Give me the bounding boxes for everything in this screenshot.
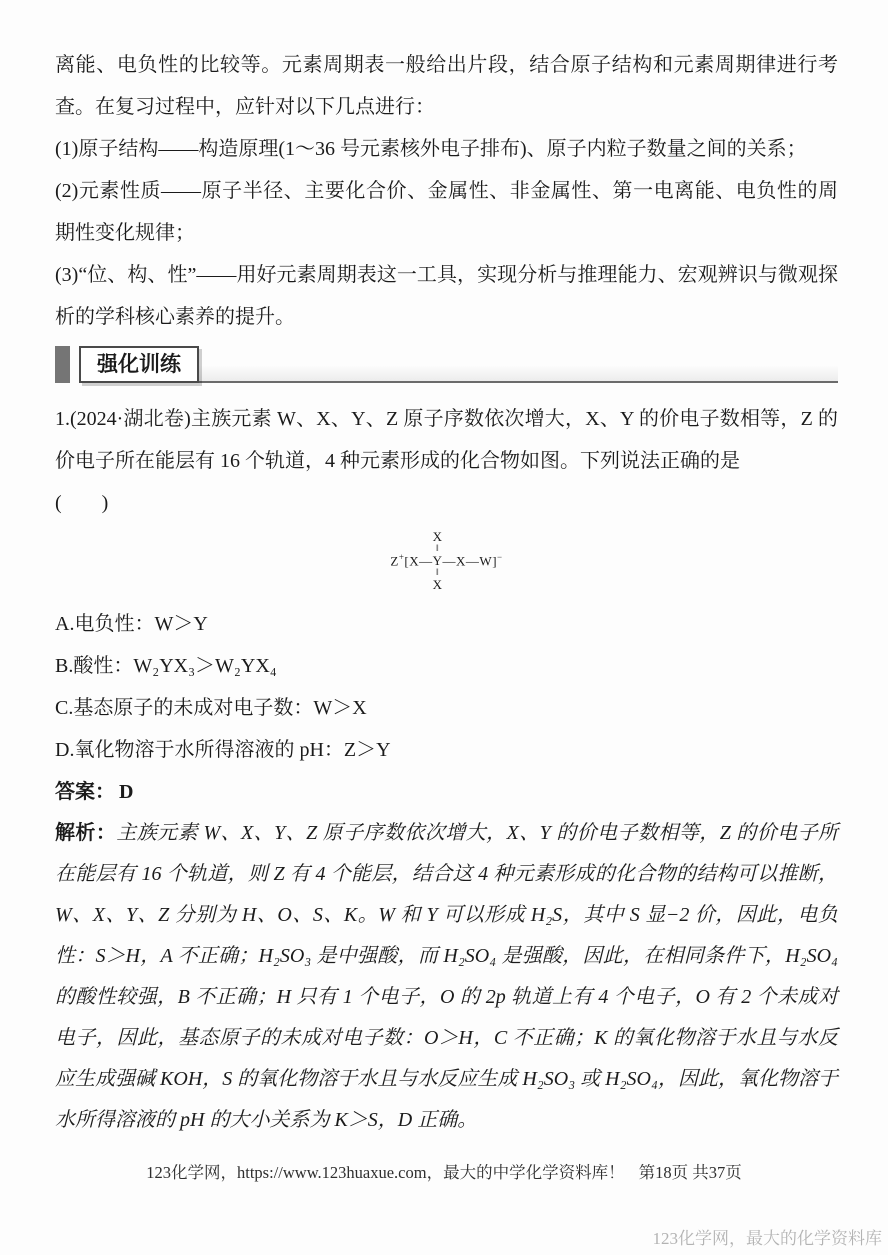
cation-symbol: Z bbox=[390, 554, 398, 569]
answer-label: 答案： bbox=[55, 781, 115, 803]
analysis-label: 解析： bbox=[55, 822, 116, 844]
section-header-rule bbox=[197, 346, 838, 383]
analysis-paragraph: 解析：主族元素 W、X、Y、Z 原子序数依次增大，X、Y 的价电子数相等，Z 的… bbox=[55, 813, 838, 1141]
structure-right-group: —X—W]− bbox=[443, 553, 503, 567]
option-row-d: D.氧化物溶于水所得溶液的 pH：Z＞Y bbox=[55, 729, 838, 771]
review-point-3: (3)“位、构、性”——用好元素周期表这一工具，实现分析与推理能力、宏观辨识与微… bbox=[55, 254, 838, 338]
option-row-a: A.电负性：W＞Y bbox=[55, 603, 838, 645]
answer-value: D bbox=[115, 781, 133, 803]
anion-charge: − bbox=[497, 552, 503, 562]
structure-center-column: X ‖ Y ‖ X bbox=[433, 530, 443, 591]
bottom-atom: X bbox=[433, 578, 443, 591]
footer-page-info: 第18页 共37页 bbox=[639, 1163, 742, 1182]
structure-left-chain: [X— bbox=[404, 554, 432, 569]
option-row-b: B.酸性：W₂YX₃＞W₂YX₄ bbox=[55, 645, 838, 687]
page-footer: 123化学网，https://www.123huaxue.com，最大的中学化学… bbox=[0, 1159, 888, 1183]
section-header-bar bbox=[55, 346, 70, 383]
top-atom: X bbox=[433, 530, 443, 543]
watermark-text: 123化学网，最大的化学资料库 bbox=[653, 1224, 883, 1249]
review-point-1: (1)原子结构——构造原理(1～36 号元素核外电子排布)、原子内粒子数量之间的… bbox=[55, 128, 838, 170]
review-point-2: (2)元素性质——原子半径、主要化合价、金属性、非金属性、第一电离能、电负性的周… bbox=[55, 170, 838, 254]
section-header: 强化训练 bbox=[55, 346, 838, 390]
section-title: 强化训练 bbox=[79, 346, 199, 383]
question-stem: 1.(2024·湖北卷)主族元素 W、X、Y、Z 原子序数依次增大，X、Y 的价… bbox=[55, 398, 838, 482]
intro-paragraph: 离能、电负性的比较等。元素周期表一般给出片段，结合原子结构和元素周期律进行考查。… bbox=[55, 44, 838, 128]
option-row-c: C.基态原子的未成对电子数：W＞X bbox=[55, 687, 838, 729]
structure-right-chain: —X—W] bbox=[443, 554, 498, 569]
answer-line: 答案：D bbox=[55, 771, 838, 813]
compound-structure-figure: Z+[X— X ‖ Y ‖ X —X—W]− bbox=[55, 530, 838, 591]
structure-left-group: Z+[X— bbox=[390, 553, 432, 567]
center-atom: Y bbox=[433, 554, 443, 567]
document-page: 离能、电负性的比较等。元素周期表一般给出片段，结合原子结构和元素周期律进行考查。… bbox=[0, 0, 888, 1255]
footer-site-text: 123化学网，https://www.123huaxue.com，最大的中学化学… bbox=[146, 1163, 624, 1182]
analysis-text: 主族元素 W、X、Y、Z 原子序数依次增大，X、Y 的价电子数相等，Z 的价电子… bbox=[55, 822, 838, 1131]
answer-blank: ( ) bbox=[55, 482, 838, 524]
page-content: 离能、电负性的比较等。元素周期表一般给出片段，结合原子结构和元素周期律进行考查。… bbox=[0, 0, 888, 1141]
